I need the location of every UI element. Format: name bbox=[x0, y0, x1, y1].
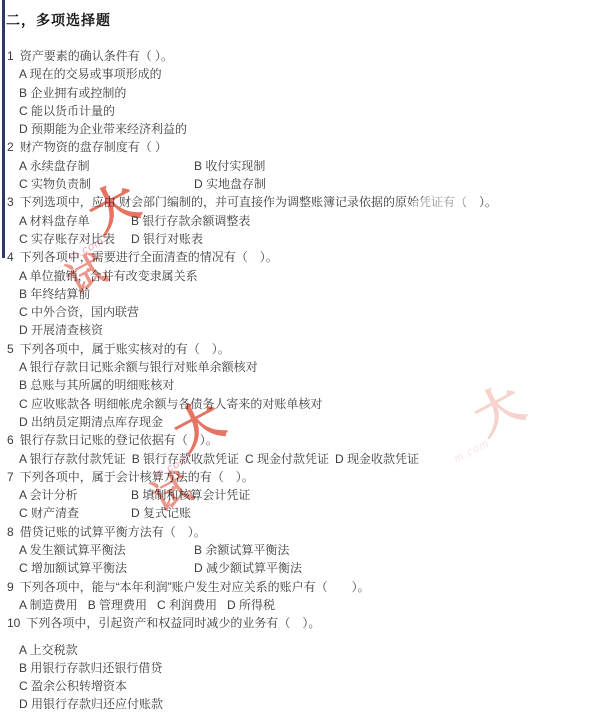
option-d: D 所得税 bbox=[227, 598, 275, 612]
question-4: 4下列各项中，需要进行全面清查的情况有（ ）。 A 单位撤销，合并有改变隶属关系… bbox=[6, 248, 590, 339]
question-number: 2 bbox=[7, 140, 14, 154]
question-number: 3 bbox=[7, 195, 14, 209]
question-text: 银行存款日记账的登记依据有（ ）。 bbox=[20, 433, 218, 447]
option-d: D 预期能为企业带来经济利益的 bbox=[6, 120, 590, 138]
option-b: B 余额试算平衡法 bbox=[194, 543, 289, 557]
option-b: B 年终结算前 bbox=[6, 285, 590, 303]
question-number: 4 bbox=[7, 250, 14, 264]
question-line: 1资产要素的确认条件有（ ）。 bbox=[6, 47, 590, 65]
question-line: 4下列各项中，需要进行全面清查的情况有（ ）。 bbox=[6, 248, 590, 266]
question-line: 3下列选项中，应由 财会部门编制的，并可直接作为调整账簿记录依据的原始凭证有（ … bbox=[6, 193, 590, 211]
question-line: 8借贷记账的试算平衡方法有（ ）。 bbox=[6, 523, 590, 541]
option-b: B 总账与其所属的明细账核对 bbox=[6, 376, 590, 394]
option-b: B 银行存款收款凭证 bbox=[132, 452, 239, 466]
question-line: 5下列各项中，属于账实核对的有（ ）。 bbox=[6, 340, 590, 358]
question-text: 下列各项中，能与“本年利润”账户发生对应关系的账户有（ ）。 bbox=[20, 580, 370, 594]
option-c: C 能以货币计量的 bbox=[6, 102, 590, 120]
question-text: 下列各项中，属于账实核对的有（ ）。 bbox=[20, 342, 230, 356]
option-row: C 实物负责制D 实地盘存制 bbox=[6, 175, 590, 193]
option-a: A 银行存款付款凭证 bbox=[19, 452, 126, 466]
question-number: 5 bbox=[7, 342, 14, 356]
option-d: D 减少额试算平衡法 bbox=[194, 561, 302, 575]
option-a: A 单位撤销，合并有改变隶属关系 bbox=[6, 267, 590, 285]
exam-document: 二，多项选择题 1资产要素的确认条件有（ ）。 A 现在的交易或事项形成的 B … bbox=[0, 0, 590, 714]
question-line: 2财产物资的盘存制度有（ ） bbox=[6, 138, 590, 156]
option-row: A 制造费用B 管理费用C 利润费用D 所得税 bbox=[6, 596, 590, 614]
question-line: 7下列各项中，属于会计核算方法的有（ ）。 bbox=[6, 468, 590, 486]
option-d: D 出纳员定期清点库存现金 bbox=[6, 413, 590, 431]
question-text: 下列各项中，引起资产和权益同时减少的业务有（ ）。 bbox=[26, 616, 320, 630]
option-a: A 材料盘存单 bbox=[19, 212, 131, 230]
option-row: A 材料盘存单B 银行存款余额调整表 bbox=[6, 212, 590, 230]
option-b: B 企业拥有或控制的 bbox=[6, 84, 590, 102]
option-c: C 实存账存对比表 bbox=[19, 230, 131, 248]
option-d: D 用银行存款归还应付账款 bbox=[6, 695, 590, 713]
option-a: A 制造费用 bbox=[19, 598, 78, 612]
option-row: A 会计分析B 填制和核算会计凭证 bbox=[6, 486, 590, 504]
question-line: 10下列各项中，引起资产和权益同时减少的业务有（ ）。 bbox=[6, 614, 590, 632]
question-text: 资产要素的确认条件有（ ）。 bbox=[20, 49, 173, 63]
option-row: C 增加额试算平衡法D 减少额试算平衡法 bbox=[6, 559, 590, 577]
option-row: A 银行存款付款凭证B 银行存款收款凭证C 现金付款凭证D 现金收款凭证 bbox=[6, 450, 590, 468]
question-7: 7下列各项中，属于会计核算方法的有（ ）。 A 会计分析B 填制和核算会计凭证 … bbox=[6, 468, 590, 523]
option-d: D 现金收款凭证 bbox=[335, 452, 419, 466]
question-6: 6银行存款日记账的登记依据有（ ）。 A 银行存款付款凭证B 银行存款收款凭证C… bbox=[6, 431, 590, 468]
option-row: A 永续盘存制B 收付实现制 bbox=[6, 157, 590, 175]
question-text: 下列选项中，应由 财会部门编制的，并可直接作为调整账簿记录依据的原始凭证有（ ）… bbox=[20, 195, 497, 209]
question-number: 7 bbox=[7, 470, 14, 484]
option-a: A 上交税款 bbox=[6, 641, 590, 659]
option-a: A 发生额试算平衡法 bbox=[19, 541, 194, 559]
question-number: 6 bbox=[7, 433, 14, 447]
option-a: A 银行存款日记账余额与银行对账单余额核对 bbox=[6, 358, 590, 376]
option-d: D 银行对账表 bbox=[131, 232, 203, 246]
option-b: B 用银行存款归还银行借贷 bbox=[6, 659, 590, 677]
option-a: A 会计分析 bbox=[19, 486, 131, 504]
question-8: 8借贷记账的试算平衡方法有（ ）。 A 发生额试算平衡法B 余额试算平衡法 C … bbox=[6, 523, 590, 578]
question-text: 财产物资的盘存制度有（ ） bbox=[20, 140, 167, 154]
question-2: 2财产物资的盘存制度有（ ） A 永续盘存制B 收付实现制 C 实物负责制D 实… bbox=[6, 138, 590, 193]
option-c: C 盈余公积转增资本 bbox=[6, 677, 590, 695]
question-number: 10 bbox=[7, 616, 20, 630]
question-3: 3下列选项中，应由 财会部门编制的，并可直接作为调整账簿记录依据的原始凭证有（ … bbox=[6, 193, 590, 248]
question-number: 1 bbox=[7, 49, 14, 63]
option-d: D 开展清查核资 bbox=[6, 321, 590, 339]
question-line: 9下列各项中，能与“本年利润”账户发生对应关系的账户有（ ）。 bbox=[6, 578, 590, 596]
option-c: C 实物负责制 bbox=[19, 175, 194, 193]
option-c: C 应收账款各 明细帐虎余额与各债务人寄来的对账单核对 bbox=[6, 395, 590, 413]
option-b: B 填制和核算会计凭证 bbox=[131, 488, 250, 502]
question-line: 6银行存款日记账的登记依据有（ ）。 bbox=[6, 431, 590, 449]
question-text: 下列各项中，需要进行全面清查的情况有（ ）。 bbox=[20, 250, 278, 264]
question-number: 9 bbox=[7, 580, 14, 594]
option-c: C 利润费用 bbox=[157, 598, 217, 612]
question-5: 5下列各项中，属于账实核对的有（ ）。 A 银行存款日记账余额与银行对账单余额核… bbox=[6, 340, 590, 431]
option-c: C 中外合资，国内联营 bbox=[6, 303, 590, 321]
section-title: 二，多项选择题 bbox=[6, 10, 590, 30]
option-row: C 财产清查D 复式记账 bbox=[6, 504, 590, 522]
option-b: B 收付实现制 bbox=[194, 159, 265, 173]
option-b: B 管理费用 bbox=[88, 598, 147, 612]
question-number: 8 bbox=[7, 525, 14, 539]
option-a: A 现在的交易或事项形成的 bbox=[6, 65, 590, 83]
option-row: A 发生额试算平衡法B 余额试算平衡法 bbox=[6, 541, 590, 559]
option-d: D 实地盘存制 bbox=[194, 177, 266, 191]
option-a: A 永续盘存制 bbox=[19, 157, 194, 175]
question-1: 1资产要素的确认条件有（ ）。 A 现在的交易或事项形成的 B 企业拥有或控制的… bbox=[6, 47, 590, 138]
option-b: B 银行存款余额调整表 bbox=[131, 214, 250, 228]
option-row: C 实存账存对比表D 银行对账表 bbox=[6, 230, 590, 248]
option-c: C 增加额试算平衡法 bbox=[19, 559, 194, 577]
question-text: 借贷记账的试算平衡方法有（ ）。 bbox=[20, 525, 206, 539]
option-c: C 现金付款凭证 bbox=[245, 452, 329, 466]
question-10: 10下列各项中，引起资产和权益同时减少的业务有（ ）。 A 上交税款 B 用银行… bbox=[6, 614, 590, 713]
question-text: 下列各项中，属于会计核算方法的有（ ）。 bbox=[20, 470, 254, 484]
option-c: C 财产清查 bbox=[19, 504, 131, 522]
question-9: 9下列各项中，能与“本年利润”账户发生对应关系的账户有（ ）。 A 制造费用B … bbox=[6, 578, 590, 615]
option-d: D 复式记账 bbox=[131, 506, 191, 520]
